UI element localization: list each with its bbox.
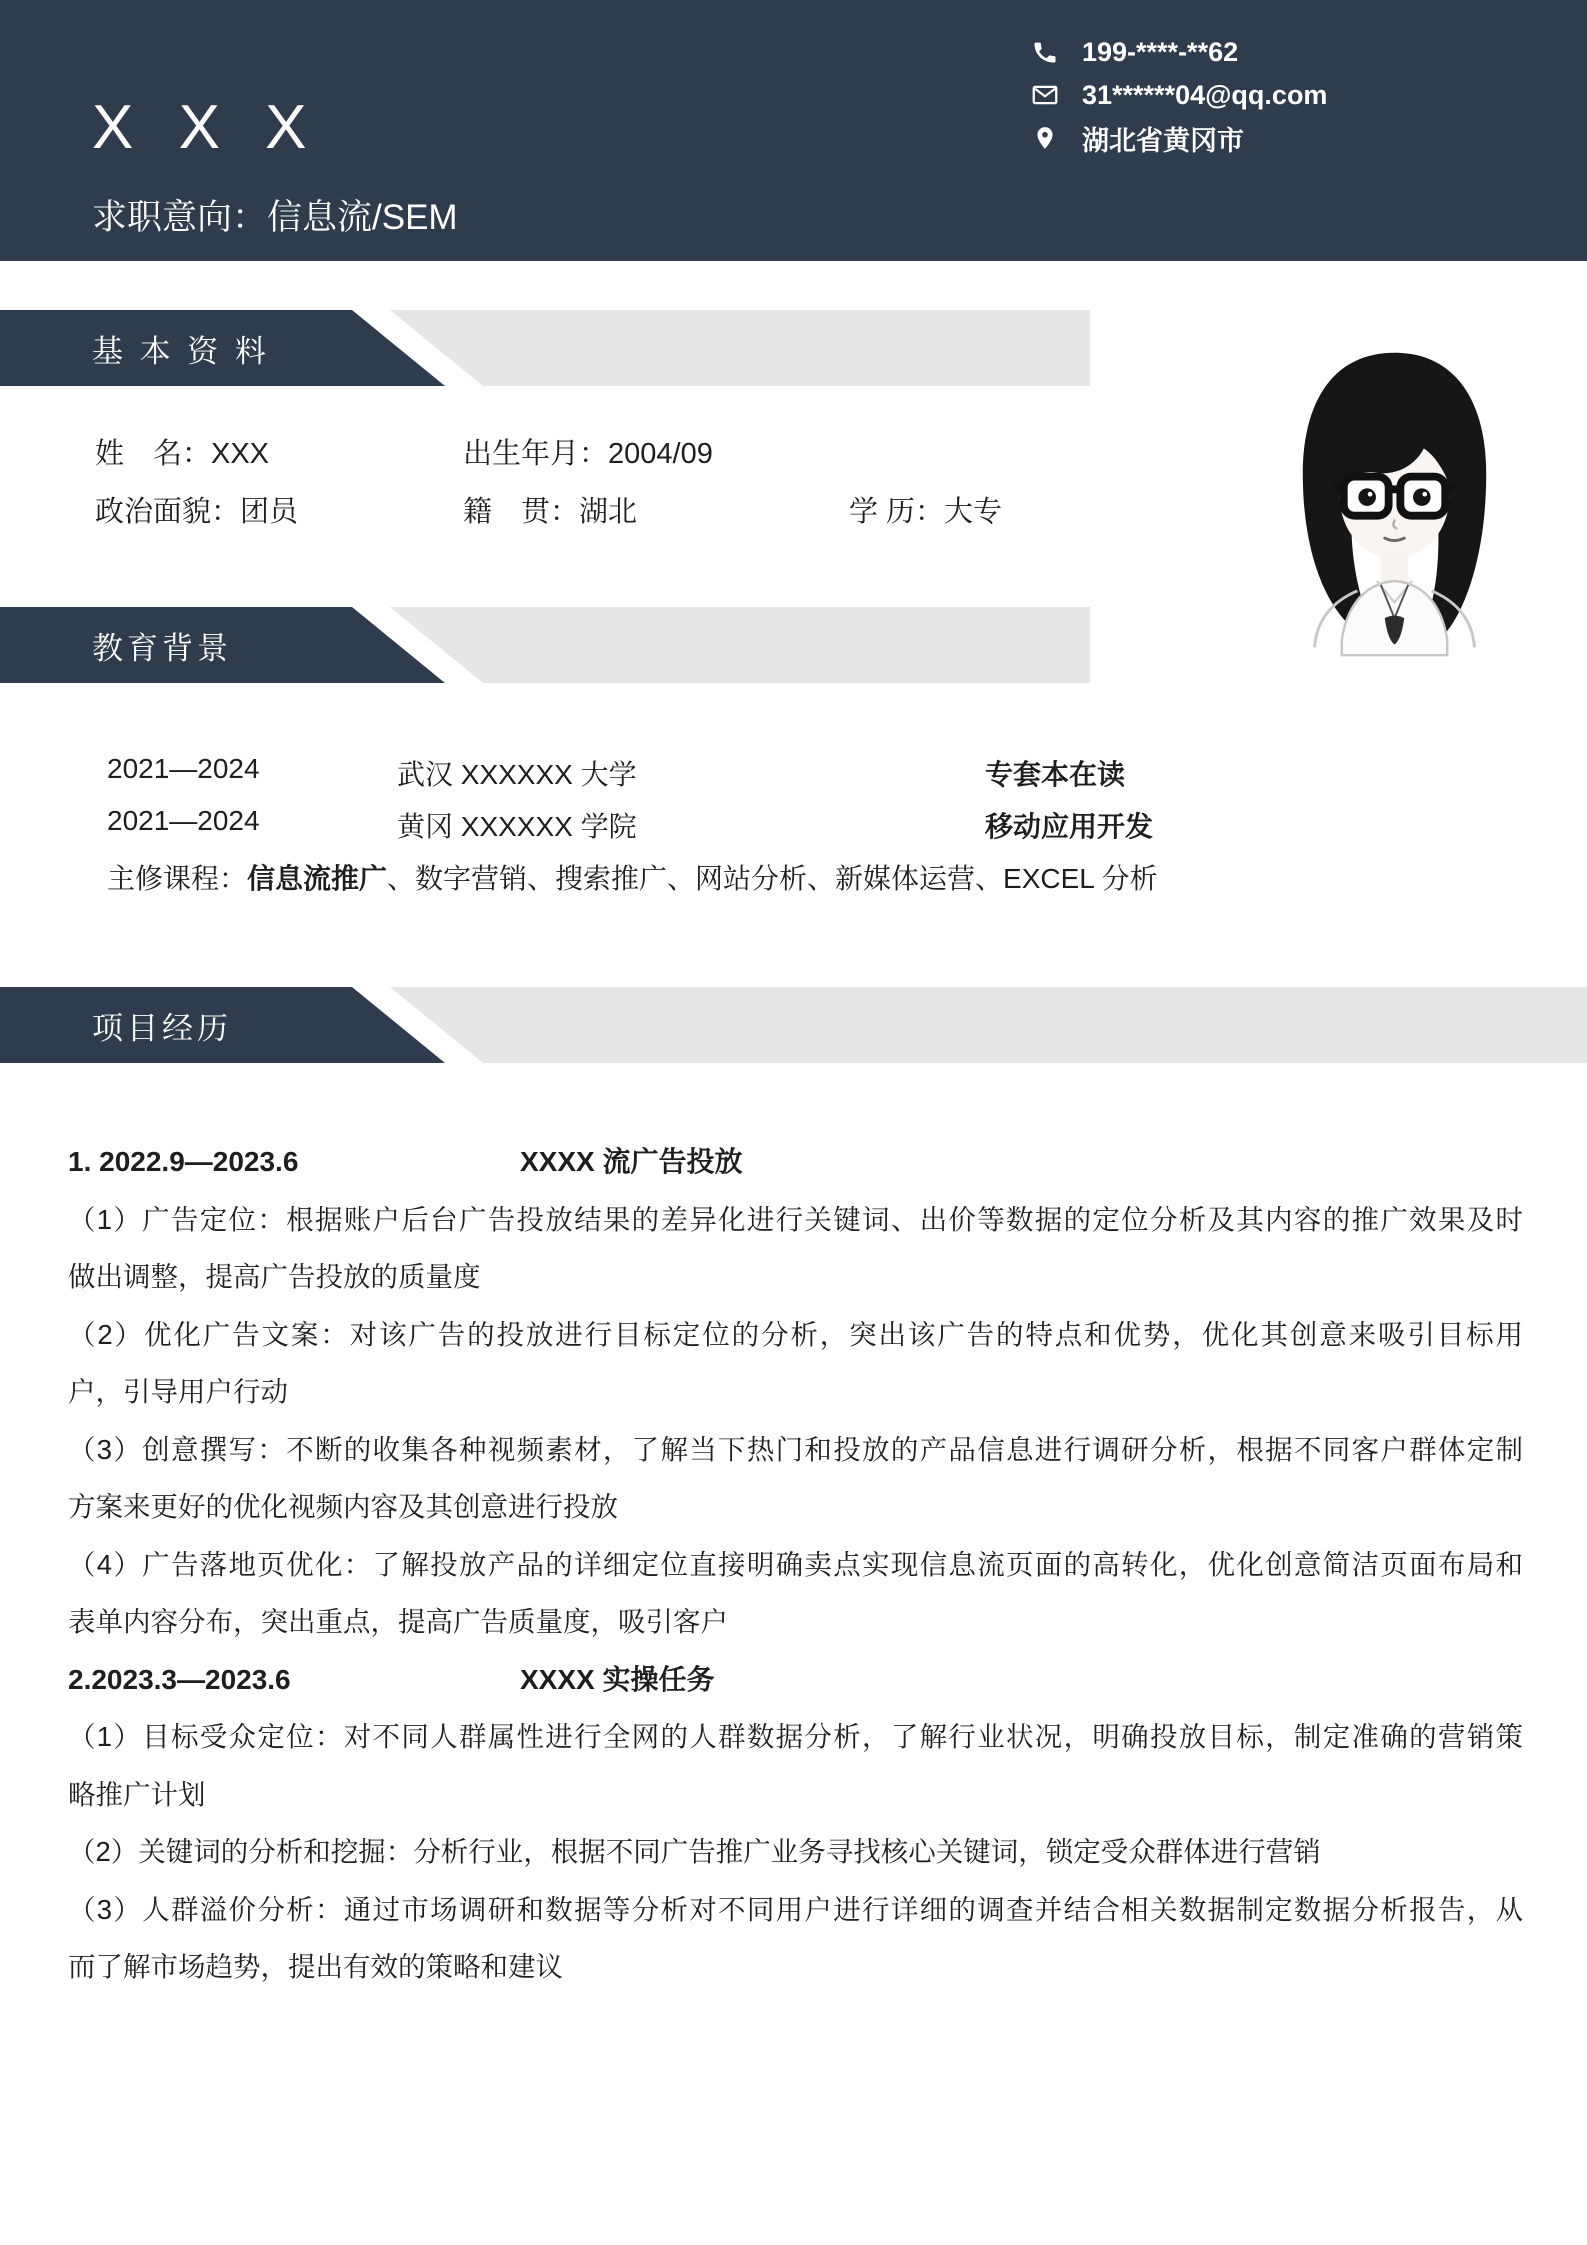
contact-text: 199-****-**62 <box>1082 37 1238 68</box>
edu-note: 移动应用开发 <box>985 805 1153 845</box>
project-title: XXXX 实操任务 <box>520 1651 714 1709</box>
section-header-education: 教育背景 <box>0 607 1587 683</box>
project-line: 略推广计划 <box>68 1766 1523 1824</box>
resume-page: X X X 求职意向：信息流/SEM 199-****-**6231******… <box>0 0 1587 2245</box>
section-title-education: 教育背景 <box>92 607 232 683</box>
course-highlight: 信息流推广 <box>247 863 387 894</box>
section-title-projects: 项目经历 <box>92 987 232 1063</box>
project-line: （2）优化广告文案：对该广告的投放进行目标定位的分析，突出该广告的特点和优势，优… <box>68 1306 1523 1364</box>
project-line: （1）目标受众定位：对不同人群属性进行全网的人群数据分析，了解行业状况，明确投放… <box>68 1708 1523 1766</box>
header-banner: X X X 求职意向：信息流/SEM 199-****-**6231******… <box>0 0 1587 261</box>
project-line: 做出调整，提高广告投放的质量度 <box>68 1248 1523 1306</box>
field-political: 政治面貌：团员 <box>95 489 298 530</box>
edu-note: 专套本在读 <box>985 753 1125 793</box>
project-line: （2）关键词的分析和挖掘：分析行业，根据不同广告推广业务寻找核心关键词，锁定受众… <box>68 1823 1523 1881</box>
course-text: 、数字营销、搜索推广、网站分析、新媒体运营、EXCEL 分析 <box>387 863 1158 894</box>
section-header-projects: 项目经历 <box>0 987 1587 1063</box>
field-degree: 学 历：大专 <box>849 489 1002 530</box>
project-title: XXXX 流广告投放 <box>520 1133 742 1191</box>
course-text: 主修课程： <box>107 863 247 894</box>
field-origin: 籍 贯：湖北 <box>463 489 637 530</box>
phone-icon <box>1030 37 1060 67</box>
edu-period: 2021—2024 <box>107 805 260 837</box>
project-heading: 2.2023.3—2023.6XXXX 实操任务 <box>68 1651 1523 1709</box>
location-icon <box>1030 123 1060 153</box>
edu-school: 黄冈 XXXXXX 学院 <box>397 805 637 845</box>
project-line: （4）广告落地页优化：了解投放产品的详细定位直接明确卖点实现信息流页面的高转化，… <box>68 1536 1523 1594</box>
project-date: 1. 2022.9—2023.6 <box>68 1146 298 1177</box>
contact-block: 199-****-**6231******04@qq.com湖北省黄冈市 <box>1030 34 1327 163</box>
field-name: 姓 名：XXX <box>95 431 269 472</box>
edu-period: 2021—2024 <box>107 753 260 785</box>
project-line: （1）广告定位：根据账户后台广告投放结果的差异化进行关键词、出价等数据的定位分析… <box>68 1191 1523 1249</box>
candidate-name: X X X <box>92 92 321 163</box>
project-experience-block: 1. 2022.9—2023.6XXXX 流广告投放（1）广告定位：根据账户后台… <box>68 1133 1523 1996</box>
contact-row: 31******04@qq.com <box>1030 77 1327 113</box>
major-courses: 主修课程：信息流推广、数字营销、搜索推广、网站分析、新媒体运营、EXCEL 分析 <box>107 857 1527 897</box>
mail-icon <box>1030 80 1060 110</box>
project-heading: 1. 2022.9—2023.6XXXX 流广告投放 <box>68 1133 1523 1191</box>
job-objective: 求职意向：信息流/SEM <box>92 190 458 240</box>
contact-text: 湖北省黄冈市 <box>1082 119 1244 158</box>
project-date: 2.2023.3—2023.6 <box>68 1664 291 1695</box>
contact-text: 31******04@qq.com <box>1082 80 1327 111</box>
basic-info-row-2: 政治面貌：团员 籍 贯：湖北 学 历：大专 <box>0 489 1200 523</box>
project-line: 户，引导用户行动 <box>68 1363 1523 1421</box>
edu-school: 武汉 XXXXXX 大学 <box>397 753 637 793</box>
education-row: 2021—2024武汉 XXXXXX 大学专套本在读 <box>107 753 1527 785</box>
project-line: （3）创意撰写：不断的收集各种视频素材，了解当下热门和投放的产品信息进行调研分析… <box>68 1421 1523 1479</box>
project-line: 表单内容分布，突出重点，提高广告质量度，吸引客户 <box>68 1593 1523 1651</box>
project-line: 方案来更好的优化视频内容及其创意进行投放 <box>68 1478 1523 1536</box>
field-birth: 出生年月：2004/09 <box>463 431 713 472</box>
education-row: 2021—2024黄冈 XXXXXX 学院移动应用开发 <box>107 805 1527 837</box>
contact-row: 湖北省黄冈市 <box>1030 120 1327 156</box>
project-line: 而了解市场趋势，提出有效的策略和建议 <box>68 1938 1523 1996</box>
basic-info-row-1: 姓 名：XXX 出生年月：2004/09 <box>0 431 1200 465</box>
contact-row: 199-****-**62 <box>1030 34 1327 70</box>
section-title-basic: 基 本 资 料 <box>92 310 270 386</box>
project-line: （3）人群溢价分析：通过市场调研和数据等分析对不同用户进行详细的调查并结合相关数… <box>68 1881 1523 1939</box>
